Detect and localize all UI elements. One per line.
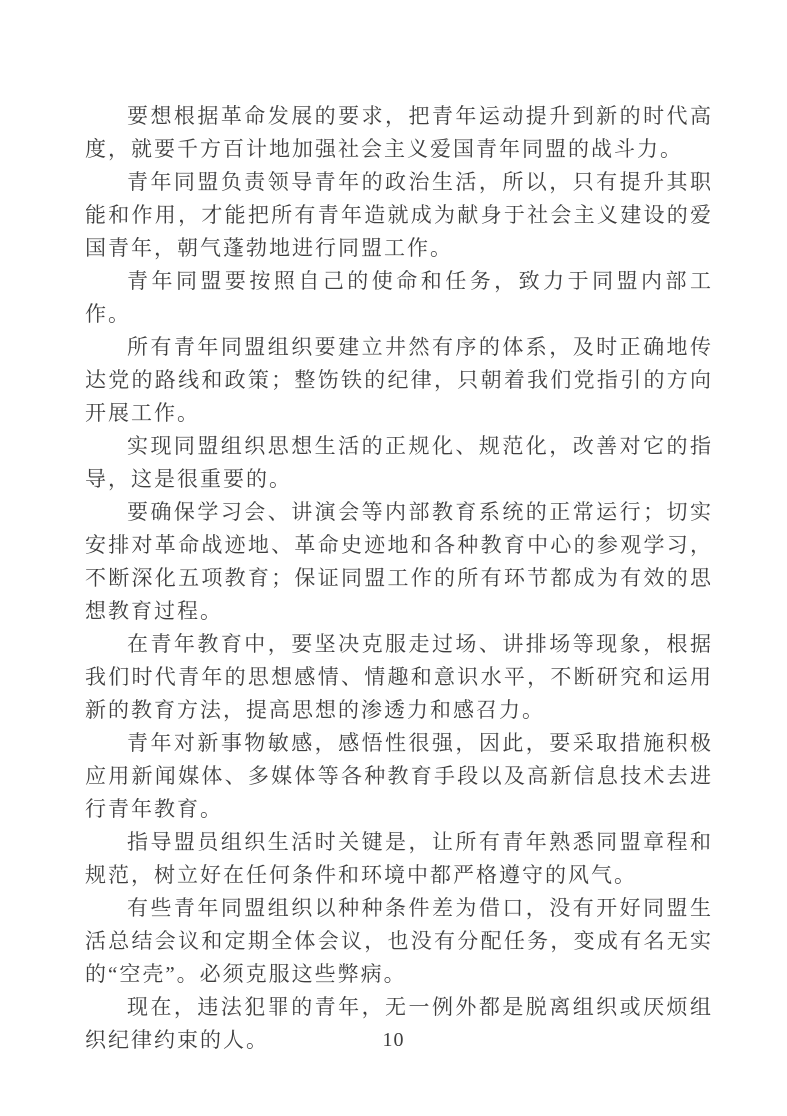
page-number: 10	[0, 1029, 787, 1052]
paragraph: 有些青年同盟组织以种种条件差为借口，没有开好同盟生活总结会议和定期全体会议，也没…	[85, 892, 713, 991]
paragraph: 实现同盟组织思想生活的正规化、规范化，改善对它的指导，这是很重要的。	[85, 430, 713, 496]
paragraph: 所有青年同盟组织要建立井然有序的体系，及时正确地传达党的路线和政策；整饬铁的纪律…	[85, 331, 713, 430]
paragraph: 青年同盟负责领导青年的政治生活，所以，只有提升其职能和作用，才能把所有青年造就成…	[85, 166, 713, 265]
paragraph: 指导盟员组织生活时关键是，让所有青年熟悉同盟章程和规范，树立好在任何条件和环境中…	[85, 826, 713, 892]
page-text-block: 要想根据革命发展的要求，把青年运动提升到新的时代高度，就要千方百计地加强社会主义…	[85, 100, 713, 1057]
paragraph: 要想根据革命发展的要求，把青年运动提升到新的时代高度，就要千方百计地加强社会主义…	[85, 100, 713, 166]
document-page: 要想根据革命发展的要求，把青年运动提升到新的时代高度，就要千方百计地加强社会主义…	[0, 0, 787, 1116]
paragraph: 在青年教育中，要坚决克服走过场、讲排场等现象，根据我们时代青年的思想感情、情趣和…	[85, 628, 713, 727]
paragraph: 要确保学习会、讲演会等内部教育系统的正常运行；切实安排对革命战迹地、革命史迹地和…	[85, 496, 713, 628]
paragraph: 青年同盟要按照自己的使命和任务，致力于同盟内部工作。	[85, 265, 713, 331]
paragraph: 青年对新事物敏感，感悟性很强，因此，要采取措施积极应用新闻媒体、多媒体等各种教育…	[85, 727, 713, 826]
